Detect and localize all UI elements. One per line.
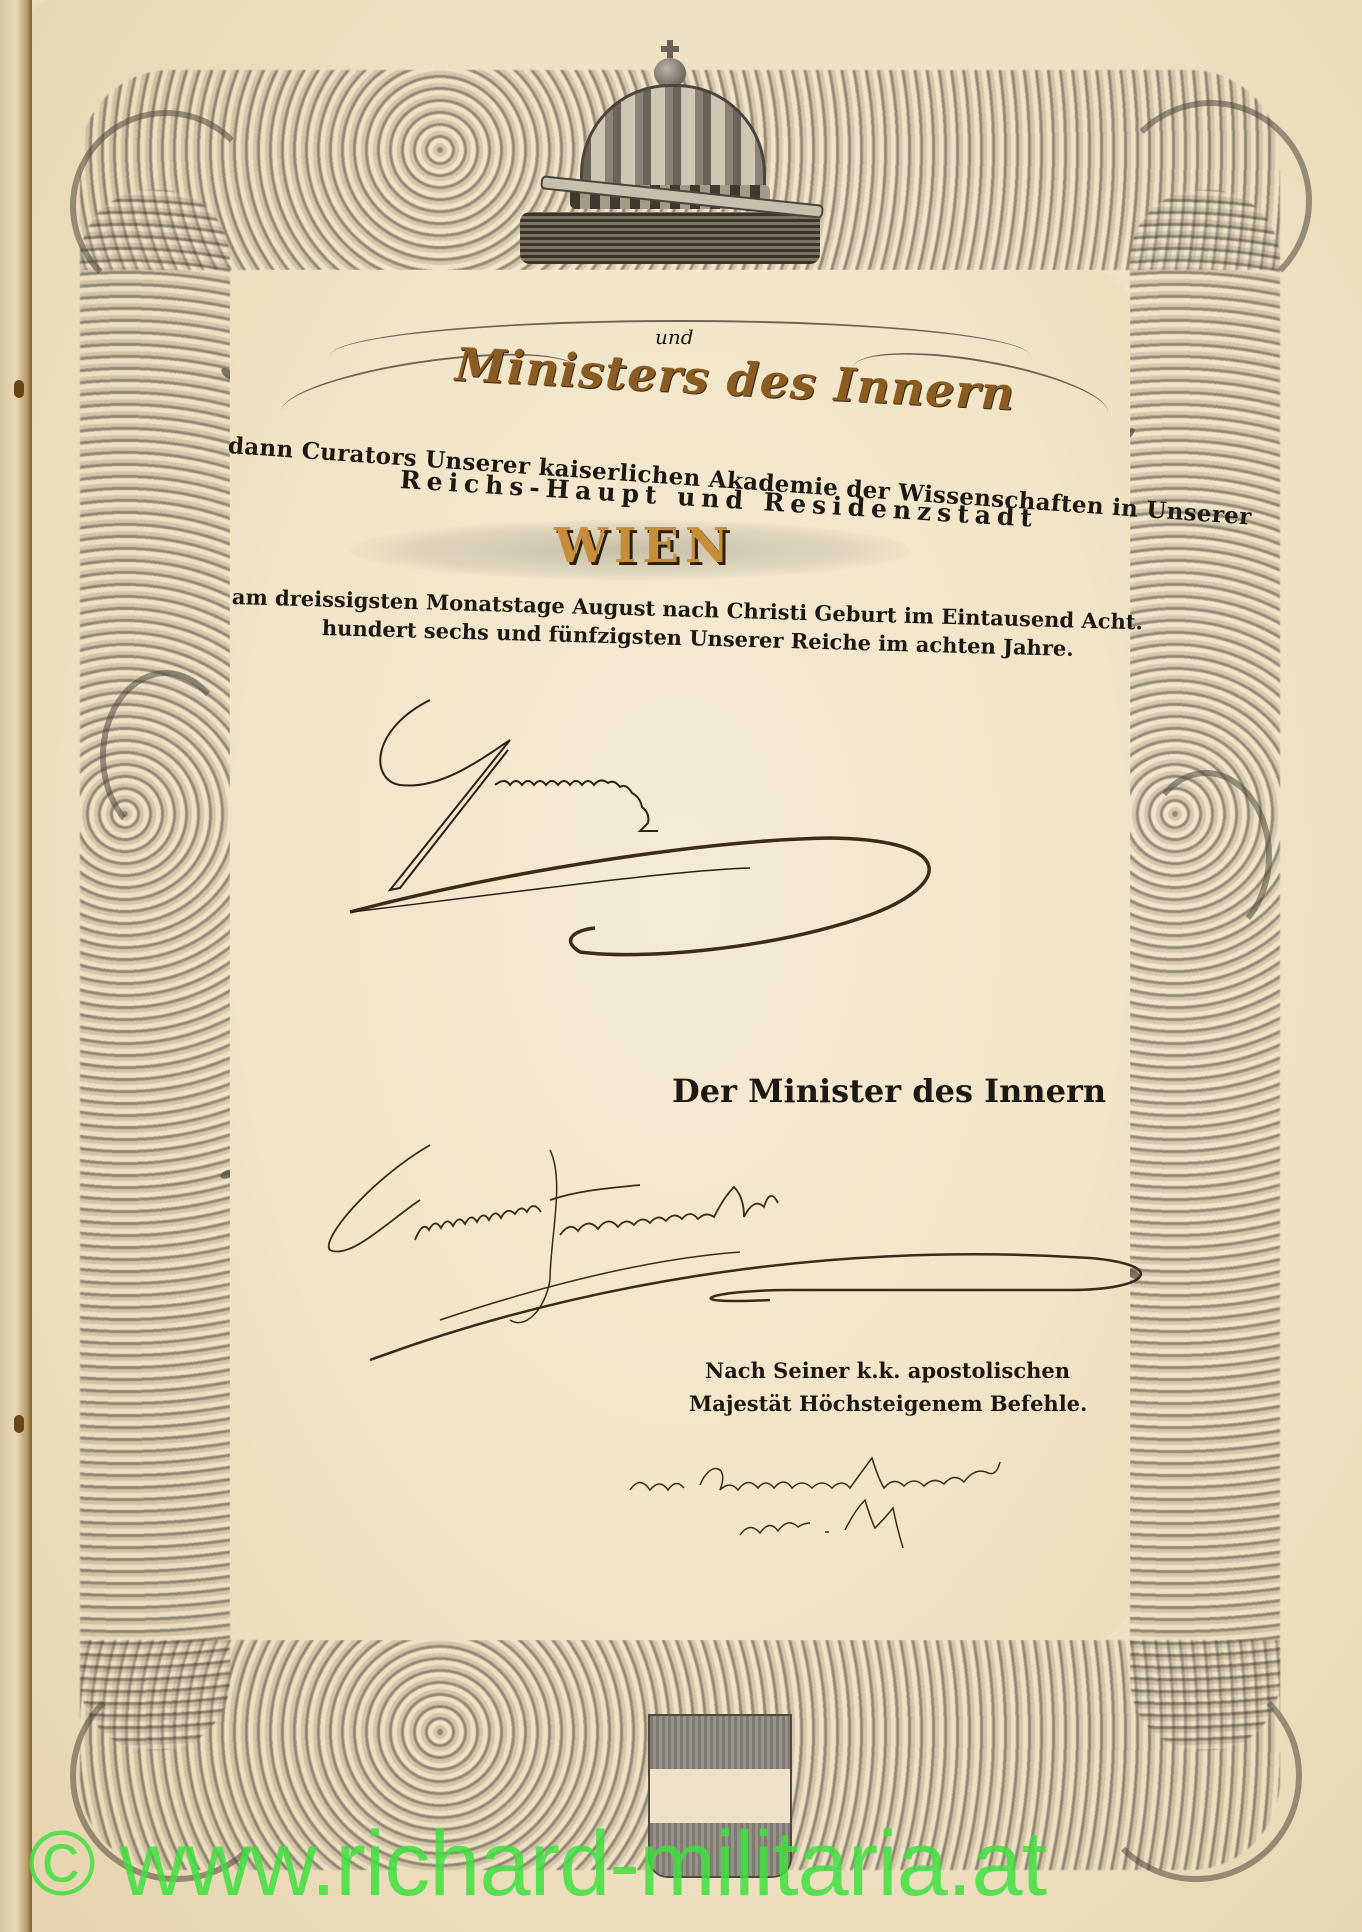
binding-stain bbox=[14, 1415, 24, 1433]
cross-icon bbox=[661, 40, 679, 58]
imperial-crown-icon bbox=[520, 40, 820, 270]
countersign-text-2: Majestät Höchsteigenem Befehle. bbox=[689, 1391, 1087, 1416]
crown-cushion bbox=[520, 212, 820, 264]
secretary-signature bbox=[620, 1440, 1180, 1544]
acanthus-scroll-icon bbox=[1140, 770, 1272, 942]
shield-top-stripe bbox=[650, 1716, 790, 1769]
book-spine bbox=[0, 0, 32, 1932]
countersign-text-1: Nach Seiner k.k. apostolischen bbox=[705, 1358, 1070, 1383]
acanthus-scroll-icon bbox=[1110, 100, 1312, 302]
acanthus-scroll-icon bbox=[70, 110, 262, 302]
acanthus-scroll-icon bbox=[1090, 1670, 1302, 1882]
minister-title: Der Minister des Innern bbox=[672, 1072, 1106, 1110]
header-conjunction: und bbox=[655, 325, 694, 349]
city-name: WIEN bbox=[554, 518, 735, 574]
acanthus-scroll-icon bbox=[100, 670, 232, 842]
minister-signature bbox=[310, 1140, 1190, 1374]
emperor-signature bbox=[330, 690, 970, 974]
binding-stain bbox=[14, 380, 24, 398]
copyright-watermark: © www.richard-militaria.at bbox=[28, 1818, 1046, 1910]
frame-left-scrollwork bbox=[80, 190, 230, 1750]
